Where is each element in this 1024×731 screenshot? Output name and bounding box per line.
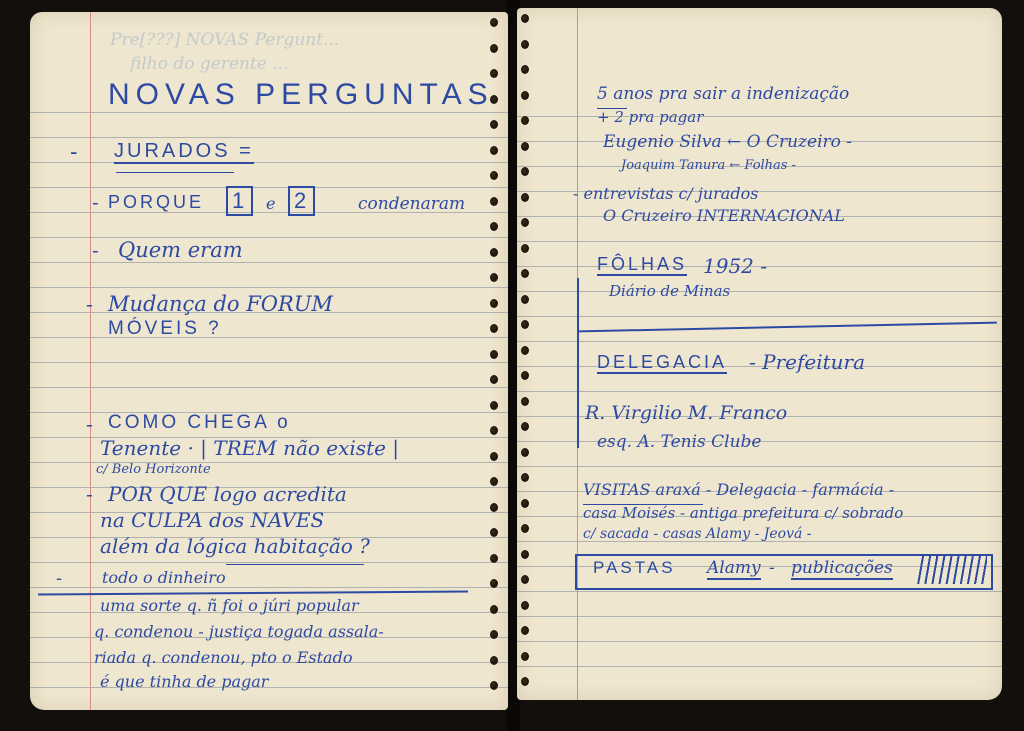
spiral-hole (490, 605, 498, 614)
spiral-hole (490, 681, 498, 690)
visitas-line: VISITAS araxá - Delegacia - farmácia - (583, 480, 894, 499)
publicacoes-text: publicações (791, 558, 893, 578)
spiral-hole (521, 448, 529, 457)
red-margin-line (90, 12, 91, 710)
note-line: O Cruzeiro INTERNACIONAL (603, 206, 845, 225)
paragraph-line: é que tinha de pagar (100, 672, 268, 691)
note-line: + 2 pra pagar (597, 108, 703, 126)
spiral-hole (521, 269, 529, 278)
spiral-hole (490, 324, 498, 333)
spiral-hole (490, 477, 498, 486)
address-line: R. Virgilio M. Franco (585, 402, 787, 424)
spiral-hole (521, 14, 529, 23)
boxed-number-2: 2 (288, 186, 315, 216)
address-line: esq. A. Tenis Clube (597, 432, 762, 452)
todo-dinheiro-text: todo o dinheiro (102, 568, 226, 587)
spiral-hole (521, 677, 529, 686)
spiral-hole (521, 371, 529, 380)
pastas-separator: - (769, 558, 775, 578)
spiral-hole (490, 273, 498, 282)
spiral-hole (521, 244, 529, 253)
spiral-hole (521, 626, 529, 635)
jurados-label: JURADOS = (114, 140, 254, 164)
note-line: Joaquim Tanura ← Folhas - (621, 158, 796, 173)
bullet-dash: - (86, 482, 93, 506)
como-chega-text: COMO CHEGA o (108, 412, 291, 434)
alamy-label: Alamy (707, 558, 761, 580)
spiral-hole (521, 167, 529, 176)
pastas-label: PASTAS (593, 558, 676, 578)
spiral-hole (490, 656, 498, 665)
spiral-holes (521, 14, 533, 694)
visitas-line: c/ sacada - casas Alamy - Jeová - (583, 526, 812, 542)
mudanca-forum-text: Mudança do FORUM (108, 292, 333, 316)
paragraph-line: riada q. condenou, pto o Estado (94, 648, 352, 667)
spiral-hole (521, 575, 529, 584)
bullet-dash: - (86, 412, 93, 436)
spiral-hole (521, 499, 529, 508)
spiral-hole (521, 91, 529, 100)
margin-bracket (577, 278, 579, 448)
spiral-hole (490, 222, 498, 231)
delegacia-heading: DELEGACIA (597, 352, 727, 373)
spiral-hole (490, 171, 498, 180)
spiral-hole (490, 197, 498, 206)
ruled-lines (517, 92, 1002, 690)
logica-habitacao-text: além da lógica habitação ? (100, 534, 370, 558)
belo-horizonte-note: c/ Belo Horizonte (96, 462, 211, 477)
spiral-hole (490, 375, 498, 384)
note-line: 5 anos pra sair a indenização (597, 84, 849, 104)
spiral-hole (521, 550, 529, 559)
spiral-hole (490, 426, 498, 435)
culpa-naves-text: na CULPA dos NAVES (100, 508, 324, 532)
condenaram-text: condenaram (358, 194, 465, 214)
por-que-text: POR QUE logo acredita (108, 482, 347, 506)
spiral-hole (521, 397, 529, 406)
spiral-hole (521, 65, 529, 74)
spiral-hole (490, 554, 498, 563)
spiral-hole (490, 18, 498, 27)
spiral-hole (490, 44, 498, 53)
spiral-hole (490, 350, 498, 359)
faint-pencil-text: Pre[???] NOVAS Pergunt... (110, 30, 339, 50)
paragraph-line: q. condenou - justiça togada assala- (94, 622, 384, 641)
spiral-hole (521, 601, 529, 610)
spiral-hole (521, 116, 529, 125)
moveis-text: MÓVEIS ? (108, 318, 222, 340)
faint-pencil-text: filho do gerente ... (130, 54, 288, 74)
right-notebook-page: 5 anos pra sair a indenização + 2 pra pa… (517, 8, 1002, 700)
heading-jurados: JURADOS = (114, 140, 254, 163)
underline (226, 564, 364, 565)
spiral-hole (490, 579, 498, 588)
boxed-number-1: 1 (226, 186, 253, 216)
diario-de-minas: Diário de Minas (609, 282, 730, 300)
spiral-hole (521, 524, 529, 533)
spiral-holes (490, 18, 502, 704)
double-underline (116, 172, 234, 173)
spiral-hole (521, 346, 529, 355)
spiral-hole (521, 40, 529, 49)
bullet-dash: - (56, 568, 62, 589)
folhas-heading: FÔLHAS (597, 254, 687, 275)
bullet-dash: - (70, 140, 77, 165)
folhas-year: 1952 - (703, 254, 767, 278)
tenente-trem-text: Tenente · | TREM não existe | (100, 436, 399, 460)
spiral-hole (490, 630, 498, 639)
note-line: - entrevistas c/ jurados (573, 184, 758, 203)
spiral-hole (490, 146, 498, 155)
bullet-dash: - (92, 190, 99, 214)
spiral-hole (490, 401, 498, 410)
quem-eram-text: Quem eram (118, 238, 243, 262)
spiral-hole (521, 295, 529, 304)
spiral-hole (490, 120, 498, 129)
bullet-dash: - (86, 292, 93, 316)
porque-label: PORQUE (108, 192, 204, 213)
visitas-line: casa Moisés - antiga prefeitura c/ sobra… (583, 504, 903, 522)
spiral-hole (490, 299, 498, 308)
delegacia-label: DELEGACIA (597, 352, 727, 374)
spiral-hole (490, 503, 498, 512)
spiral-hole (521, 193, 529, 202)
bullet-dash: - (92, 238, 99, 262)
prefeitura-text: - Prefeitura (749, 350, 865, 374)
spiral-hole (521, 320, 529, 329)
spiral-hole (490, 69, 498, 78)
scribble-hatching (917, 556, 987, 584)
alamy-text: Alamy (707, 558, 761, 578)
note-line: Eugenio Silva ← O Cruzeiro - (603, 132, 852, 152)
spiral-hole (521, 473, 529, 482)
folhas-label: FÔLHAS (597, 254, 687, 276)
left-notebook-page: Pre[???] NOVAS Pergunt... filho do geren… (30, 12, 508, 710)
spiral-hole (521, 218, 529, 227)
spiral-hole (521, 422, 529, 431)
page-title: NOVAS PERGUNTAS (108, 78, 494, 112)
paragraph-line: uma sorte q. ñ foi o júri popular (100, 596, 359, 615)
spiral-hole (490, 452, 498, 461)
conjunction-e: e (266, 194, 275, 213)
publicacoes-label: publicações (791, 558, 893, 580)
spiral-hole (521, 142, 529, 151)
spiral-hole (490, 248, 498, 257)
spiral-hole (521, 652, 529, 661)
spiral-hole (490, 528, 498, 537)
